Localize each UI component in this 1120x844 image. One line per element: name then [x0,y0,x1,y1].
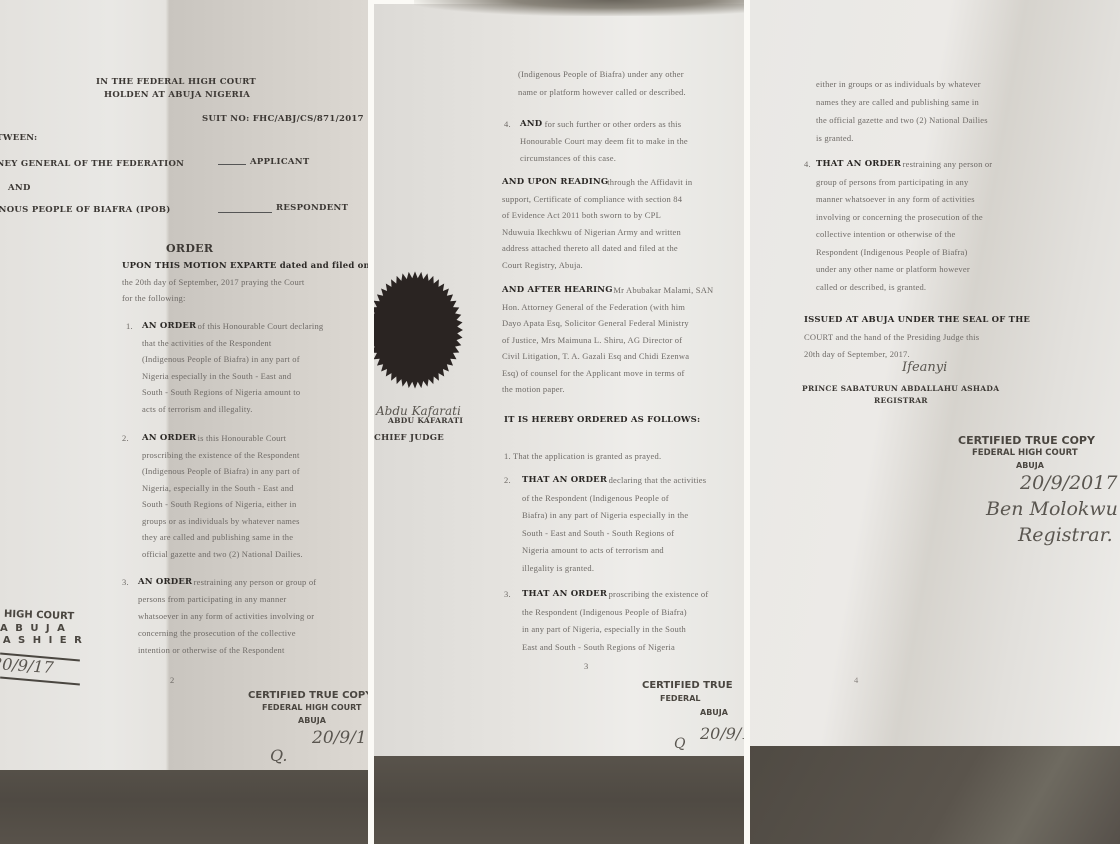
certified-stamp-line: FEDERAL HIGH COURT [262,703,361,712]
text-line: groups or as individuals by whatever nam… [142,513,300,530]
judge-title: CHIEF JUDGE [374,430,444,447]
suit-number: SUIT NO: FHC/ABJ/CS/871/2017 [202,111,364,128]
text-line: Respondent (Indigenous People of Biafra) [816,244,968,261]
text-line: of the Respondent (Indigenous People of [522,490,669,507]
text-line: 1. That the application is granted as pr… [504,448,661,465]
certified-stamp-line: CERTIFIED TRUE COPY [248,690,368,701]
text-line: called or described, is granted. [816,279,926,296]
judge-name: ABDU KAFARATI [388,412,463,429]
text-line: AN ORDER [138,574,192,591]
page-number: 4 [854,672,858,689]
text-line: is this Honourable Court [198,430,287,447]
text-line: South - South Regions of Nigeria amount … [142,384,300,401]
text-line: 4. [804,156,811,173]
order-heading: ORDER [166,240,213,257]
court-subtitle: HOLDEN AT ABUJA NIGERIA [104,87,250,104]
text-line: ISSUED AT ABUJA UNDER THE SEAL OF THE [804,312,1030,329]
text-line: Nduwuia Ikechkwu of Nigerian Army and wr… [502,224,681,241]
text-line: under any other name or platform however [816,261,970,278]
certified-date: 20/9/17 [312,728,368,748]
page-number: 2 [170,672,174,689]
text-line: IT IS HEREBY ORDERED AS FOLLOWS: [504,412,700,429]
cashier-stamp-line: C A S H I E R [0,635,84,646]
applicant-role: APPLICANT [250,154,310,171]
page-fold-shadow [414,0,744,16]
text-line: Esq) of counsel for the Applicant move i… [502,365,685,382]
and-label: AND [8,180,31,197]
text-line: Nigeria, especially in the South - East … [142,480,294,497]
text-line: that the activities of the Respondent [142,335,271,352]
text-line: East and South - South Regions of Nigeri… [522,639,675,656]
text-line: South - East and South - South Regions o… [522,525,674,542]
text-line: Nigeria especially in the South - East a… [142,368,291,385]
text-line: 4. [504,116,511,133]
text-line: involving or concerning the prosecution … [816,209,983,226]
text-line: is granted. [816,130,854,147]
text-line: the Respondent (Indigenous People of Bia… [522,604,687,621]
certified-stamp-line: FEDERAL HIGH COURT [972,448,1078,458]
between-label: BETWEEN: [0,130,38,147]
text-line: Court Registry, Abuja. [502,257,583,274]
text-line: declaring that the activities [609,472,707,489]
text-line: the 20th day of September, 2017 praying … [122,274,305,291]
text-line: AND UPON READING [502,174,608,191]
text-line: restraining any person or group of [194,574,317,591]
text-line: proscribing the existence of [609,586,709,603]
text-line: 1. [126,318,133,335]
text-line: they are called and publishing same in t… [142,529,293,546]
text-line: AND AFTER HEARING [502,282,613,299]
text-line: illegality is granted. [522,560,594,577]
text-line: support, Certificate of compliance with … [502,191,682,208]
page-1-photo: IN THE FEDERAL HIGH COURT HOLDEN AT ABUJ… [0,0,368,844]
text-line: Honourable Court may deem fit to make in… [520,133,688,150]
divider [218,212,272,213]
text-line: Nigeria amount to acts of terrorism and [522,542,664,559]
text-line: name or platform however called or descr… [518,84,686,101]
certified-stamp-line: ABUJA [700,708,728,717]
text-line: either in groups or as individuals by wh… [816,76,981,93]
page-2-photo: Abdu Kafarati ABDU KAFARATI CHIEF JUDGE … [374,0,744,844]
text-line: (Indigenous People of Biafra) in any par… [142,463,300,480]
page-3-photo: Ifeanyi PRINCE SABATURUN ABDALLAHU ASHAD… [750,0,1120,844]
page-number: 3 [584,658,588,675]
text-line: collective intention or otherwise of the [816,226,955,243]
text-line: Biafra) in any part of Nigeria especiall… [522,507,688,524]
text-line: of this Honourable Court declaring [198,318,324,335]
text-line: proscribing the existence of the Respond… [142,447,300,464]
text-line: address attached thereto all dated and f… [502,240,678,257]
text-line: 2. [122,430,129,447]
handwritten-title: Registrar. [1018,524,1113,546]
handwritten-initial: Q. [270,746,287,765]
handwritten-name: Ben Molokwu [986,498,1118,520]
text-line: THAT AN ORDER [522,472,607,489]
text-line: of Evidence Act 2011 both sworn to by CP… [502,207,661,224]
text-line: acts of terrorism and illegality. [142,401,253,418]
respondent-role: RESPONDENT [276,200,348,217]
text-line: Mr Abubakar Malami, SAN [613,282,713,299]
text-line: (Indigenous People of Biafra) in any par… [142,351,300,368]
handwritten-initial: Q [674,736,685,752]
text-line: THAT AN ORDER [816,156,901,173]
text-line: for the following: [122,290,186,307]
text-line: of Justice, Mrs Maimuna L. Shiru, AG Dir… [502,332,682,349]
text-line: group of persons from participating in a… [816,174,968,191]
divider [218,164,246,165]
text-line: intention or otherwise of the Respondent [138,642,285,659]
text-line: in any part of Nigeria, especially in th… [522,621,686,638]
text-line: the official gazette and two (2) Nationa… [816,112,988,129]
registrar-title: REGISTRAR [874,392,928,409]
text-line: Civil Litigation, T. A. Gazali Esq and C… [502,348,689,365]
text-line: Hon. Attorney General of the Federation … [502,299,685,316]
cashier-stamp-line: A B U J A [0,623,67,634]
text-line: South - South Regions of Nigeria, either… [142,496,297,513]
handwritten-date: 20/9/2017 [1020,472,1117,494]
text-line: Dayo Apata Esq, Solicitor General Federa… [502,315,689,332]
text-line: concerning the prosecution of the collec… [138,625,296,642]
text-line: AND [520,116,542,133]
text-line: manner whatsoever in any form of activit… [816,191,975,208]
text-line: for such further or other orders as this [545,116,682,133]
certified-stamp-line: CERTIFIED TRUE COPY [958,434,1095,447]
certified-stamp-line: FEDERAL [660,694,700,703]
table-surface [750,734,1120,844]
text-line: through the Affidavit in [607,174,692,191]
text-line: 3. [122,574,129,591]
text-line: circumstances of this case. [520,150,616,167]
text-line: 20th day of September, 2017. [804,346,910,363]
text-line: names they are called and publishing sam… [816,94,979,111]
text-line: the motion paper. [502,381,565,398]
text-line: AN ORDER [142,318,196,335]
applicant-party: ATTORNEY GENERAL OF THE FEDERATION [0,156,184,173]
certified-stamp-line: ABUJA [1016,461,1044,470]
court-seal-icon [374,268,464,392]
certified-stamp-line: CERTIFIED TRUE [642,680,733,691]
respondent-party: INDIGENOUS PEOPLE OF BIAFRA (IPOB) [0,202,171,219]
text-line: 2. [504,472,511,489]
text-line: restraining any person or [903,156,993,173]
text-line: AN ORDER [142,430,196,447]
text-line: official gazette and two (2) National Da… [142,546,303,563]
text-line: 3. [504,586,511,603]
text-line: whatsoever in any form of activities inv… [138,608,314,625]
text-line: THAT AN ORDER [522,586,607,603]
text-line: persons from participating in any manner [138,591,286,608]
text-line: UPON THIS MOTION EXPARTE dated and filed… [122,258,368,275]
certified-date: 20/9/17 [700,724,744,743]
certified-stamp-line: ABUJA [298,716,326,725]
text-line: (Indigenous People of Biafra) under any … [518,66,684,83]
text-line: COURT and the hand of the Presiding Judg… [804,329,979,346]
